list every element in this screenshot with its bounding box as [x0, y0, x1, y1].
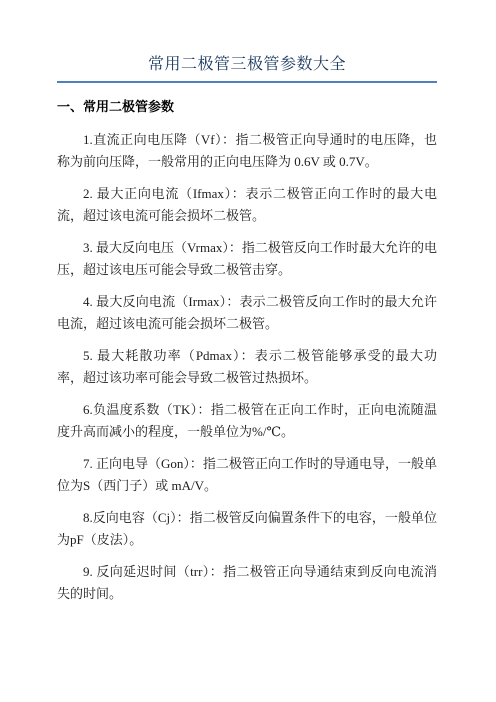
body-paragraph: 9. 反向延迟时间（trr）：指二极管正向导通结束到反向电流消失的时间。: [57, 561, 437, 605]
document-page: 常用二极管三极管参数大全 一、常用二极管参数 1.直流正向电压降（Vf）：指二极…: [0, 0, 496, 702]
body-paragraph: 5. 最大耗散功率（Pdmax）：表示二极管能够承受的最大功率，超过该功率可能会…: [57, 345, 437, 389]
section-heading: 一、常用二极管参数: [57, 99, 437, 114]
body-paragraph: 6.负温度系数（TK）：指二极管在正向工作时，正向电流随温度升高而减小的程度，一…: [57, 399, 437, 443]
body-paragraph: 2. 最大正向电流（Ifmax）：表示二极管正向工作时的最大电流，超过该电流可能…: [57, 183, 437, 227]
body-paragraph: 8.反向电容（Cj）：指二极管反向偏置条件下的电容，一般单位为pF（皮法）。: [57, 507, 437, 551]
document-title: 常用二极管三极管参数大全: [57, 54, 437, 83]
body-paragraph: 3. 最大反向电压（Vrmax）：指二极管反向工作时最大允许的电压，超过该电压可…: [57, 237, 437, 281]
body-paragraph: 7. 正向电导（Gon）：指二极管正向工作时的导通电导，一般单位为S（西门子）或…: [57, 453, 437, 497]
body-paragraph: 4. 最大反向电流（Irmax）：表示二极管反向工作时的最大允许电流，超过该电流…: [57, 291, 437, 335]
paragraph-list: 1.直流正向电压降（Vf）：指二极管正向导通时的电压降，也称为前向压降，一般常用…: [57, 129, 437, 605]
body-paragraph: 1.直流正向电压降（Vf）：指二极管正向导通时的电压降，也称为前向压降，一般常用…: [57, 129, 437, 173]
